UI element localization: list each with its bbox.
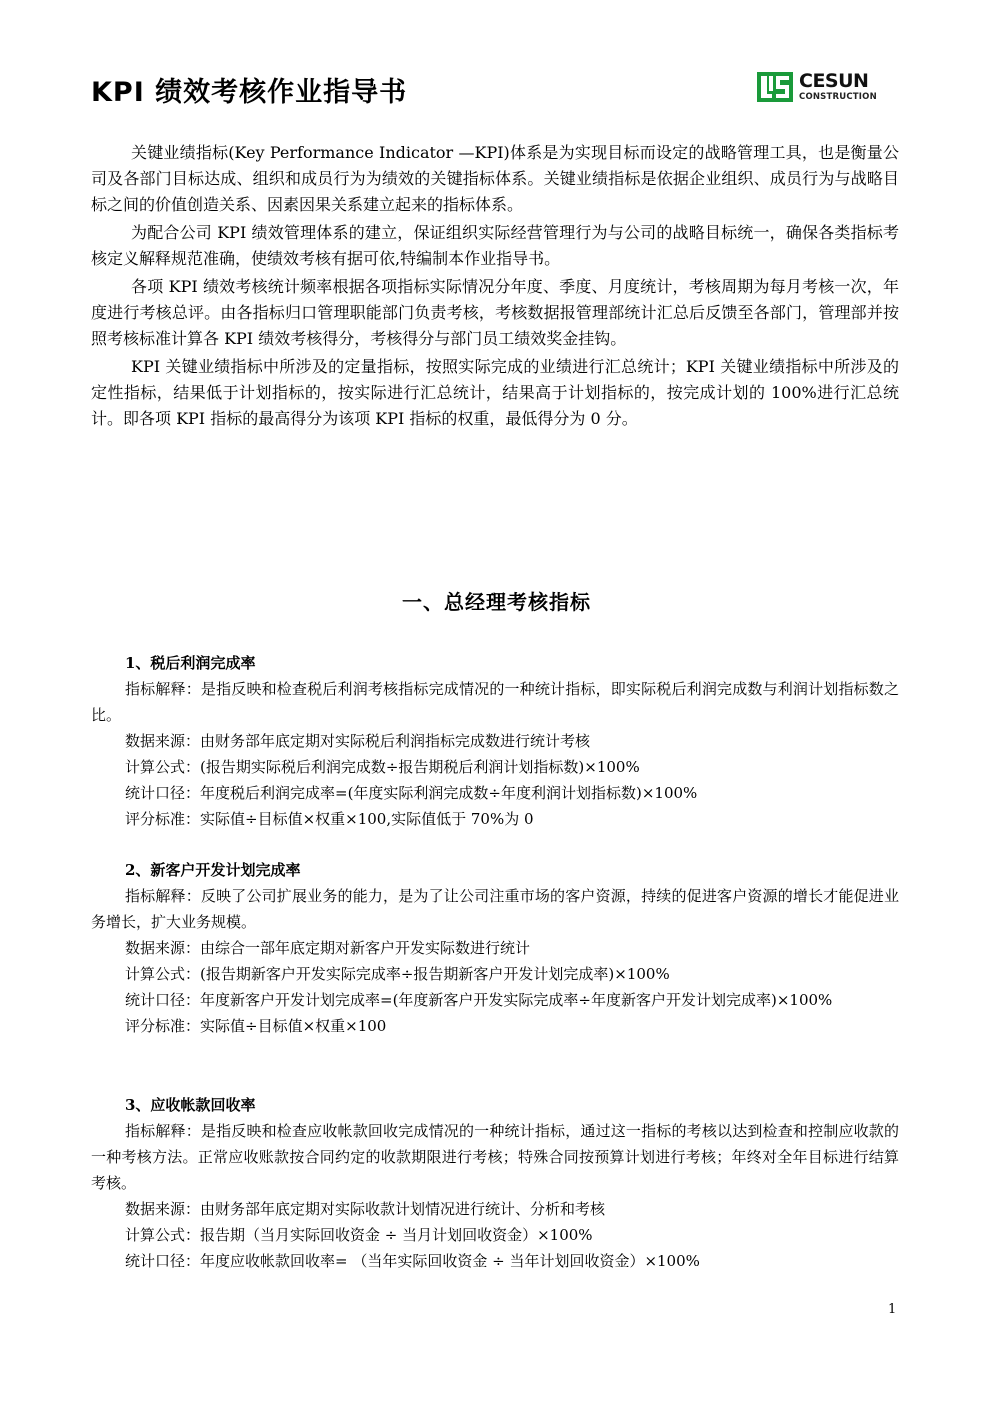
kpi-formula: 计算公式：报告期（当月实际回收资金 ÷ 当月计划回收资金）×100%: [91, 1222, 899, 1248]
kpi-data-source: 数据来源：由财务部年底定期对实际税后利润指标完成数进行统计考核: [91, 728, 899, 754]
kpi-definition: 指标解释：是指反映和检查税后利润考核指标完成情况的一种统计指标，即实际税后利润完…: [91, 676, 899, 728]
kpi-item-title: 3、应收帐款回收率: [125, 1092, 899, 1118]
logo-name: CESUN: [799, 72, 877, 91]
intro-paragraph: KPI 关键业绩指标中所涉及的定量指标，按照实际完成的业绩进行汇总统计；KPI …: [91, 354, 899, 432]
kpi-statistical-scope: 统计口径：年度应收帐款回收率= （当年实际回收资金 ÷ 当年计划回收资金）×10…: [91, 1248, 899, 1274]
document-title: KPI 绩效考核作业指导书: [91, 70, 407, 109]
kpi-item: 3、应收帐款回收率 指标解释：是指反映和检查应收帐款回收完成情况的一种统计指标，…: [91, 1092, 899, 1274]
kpi-definition: 指标解释：反映了公司扩展业务的能力，是为了让公司注重市场的客户资源，持续的促进客…: [91, 883, 899, 935]
kpi-statistical-scope: 统计口径：年度税后利润完成率=(年度实际利润完成数÷年度利润计划指标数)×100…: [91, 780, 899, 806]
kpi-item: 1、税后利润完成率 指标解释：是指反映和检查税后利润考核指标完成情况的一种统计指…: [91, 650, 899, 832]
cs-logo-mark-icon: [757, 72, 793, 102]
company-logo: CESUN CONSTRUCTION: [757, 71, 897, 103]
kpi-item-title: 2、新客户开发计划完成率: [125, 857, 899, 883]
logo-subtitle: CONSTRUCTION: [799, 93, 877, 102]
kpi-data-source: 数据来源：由综合一部年底定期对新客户开发实际数进行统计: [91, 935, 899, 961]
kpi-data-source: 数据来源：由财务部年底定期对实际收款计划情况进行统计、分析和考核: [91, 1196, 899, 1222]
kpi-scoring-standard: 评分标准：实际值÷目标值×权重×100,实际值低于 70%为 0: [91, 806, 899, 832]
document-page: KPI 绩效考核作业指导书 CESUN CONSTRUCTION 关键业绩指标(…: [0, 0, 993, 1404]
kpi-definition: 指标解释：是指反映和检查应收帐款回收完成情况的一种统计指标，通过这一指标的考核以…: [91, 1118, 899, 1196]
kpi-formula: 计算公式：(报告期实际税后利润完成数÷报告期税后利润计划指标数)×100%: [91, 754, 899, 780]
kpi-formula: 计算公式：(报告期新客户开发实际完成率÷报告期新客户开发计划完成率)×100%: [91, 961, 899, 987]
section-heading: 一、总经理考核指标: [0, 586, 993, 615]
intro-paragraph: 关键业绩指标(Key Performance Indicator —KPI)体系…: [91, 140, 899, 218]
intro-section: 关键业绩指标(Key Performance Indicator —KPI)体系…: [91, 140, 899, 432]
kpi-item-title: 1、税后利润完成率: [125, 650, 899, 676]
kpi-scoring-standard: 评分标准：实际值÷目标值×权重×100: [91, 1013, 899, 1039]
intro-paragraph: 为配合公司 KPI 绩效管理体系的建立，保证组织实际经营管理行为与公司的战略目标…: [91, 220, 899, 272]
kpi-item: 2、新客户开发计划完成率 指标解释：反映了公司扩展业务的能力，是为了让公司注重市…: [91, 857, 899, 1039]
intro-paragraph: 各项 KPI 绩效考核统计频率根据各项指标实际情况分年度、季度、月度统计，考核周…: [91, 274, 899, 352]
page-number: 1: [888, 1302, 896, 1317]
kpi-statistical-scope: 统计口径：年度新客户开发计划完成率=(年度新客户开发实际完成率÷年度新客户开发计…: [91, 987, 899, 1013]
